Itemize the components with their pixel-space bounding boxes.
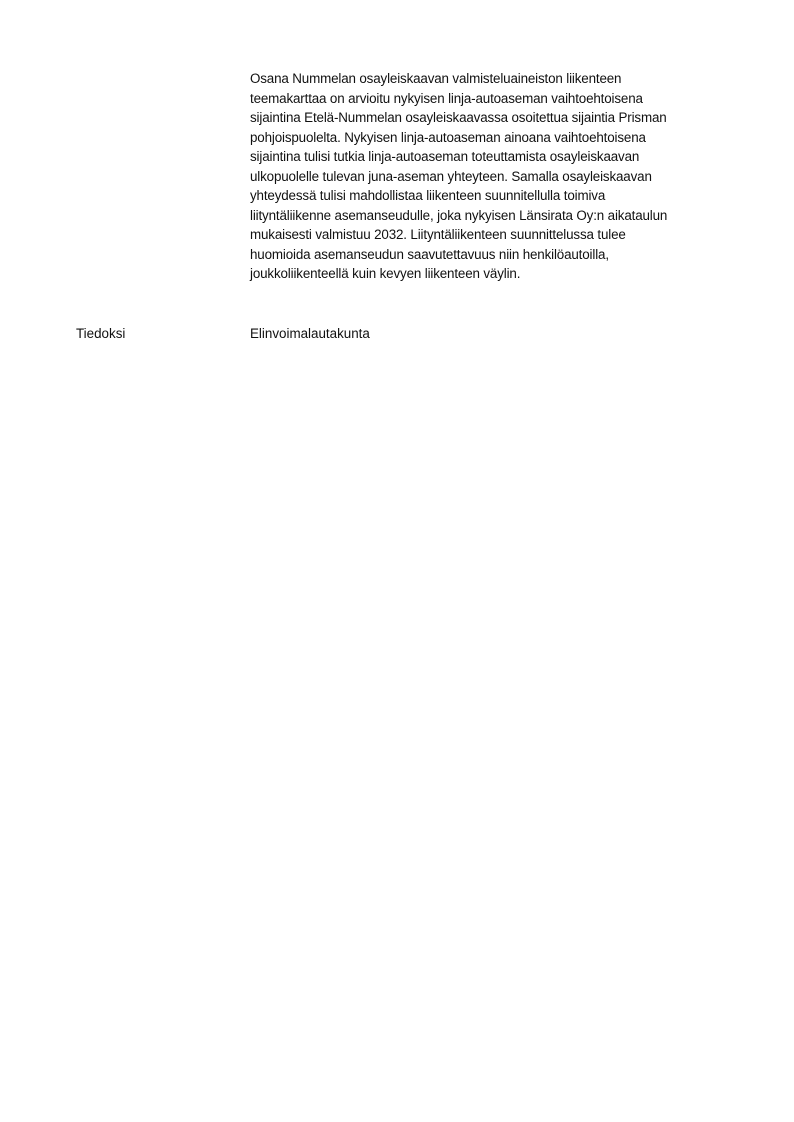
paragraph-line: joukkoliikenteellä kuin kevyen liikentee… xyxy=(250,264,730,284)
distribution-label: Tiedoksi xyxy=(76,324,125,344)
paragraph-line: mukaisesti valmistuu 2032. Liityntäliike… xyxy=(250,225,730,245)
body-paragraph: Osana Nummelan osayleiskaavan valmistelu… xyxy=(250,69,730,284)
paragraph-line: huomioida asemanseudun saavutettavuus ni… xyxy=(250,245,730,265)
document-page: Osana Nummelan osayleiskaavan valmistelu… xyxy=(0,0,794,1122)
paragraph-line: ulkopuolelle tulevan juna-aseman yhteyte… xyxy=(250,167,730,187)
paragraph-line: teemakarttaa on arvioitu nykyisen linja-… xyxy=(250,89,730,109)
paragraph-line: yhteydessä tulisi mahdollistaa liikentee… xyxy=(250,186,730,206)
paragraph-line: pohjoispuolelta. Nykyisen linja-autoasem… xyxy=(250,128,730,148)
distribution-row: Tiedoksi Elinvoimalautakunta xyxy=(0,324,794,344)
paragraph-line: sijaintina Etelä-Nummelan osayleiskaavas… xyxy=(250,108,730,128)
paragraph-line: sijaintina tulisi tutkia linja-autoasema… xyxy=(250,147,730,167)
paragraph-line: liityntäliikenne asemanseudulle, joka ny… xyxy=(250,206,730,226)
distribution-recipient: Elinvoimalautakunta xyxy=(250,324,370,344)
paragraph-line: Osana Nummelan osayleiskaavan valmistelu… xyxy=(250,69,730,89)
